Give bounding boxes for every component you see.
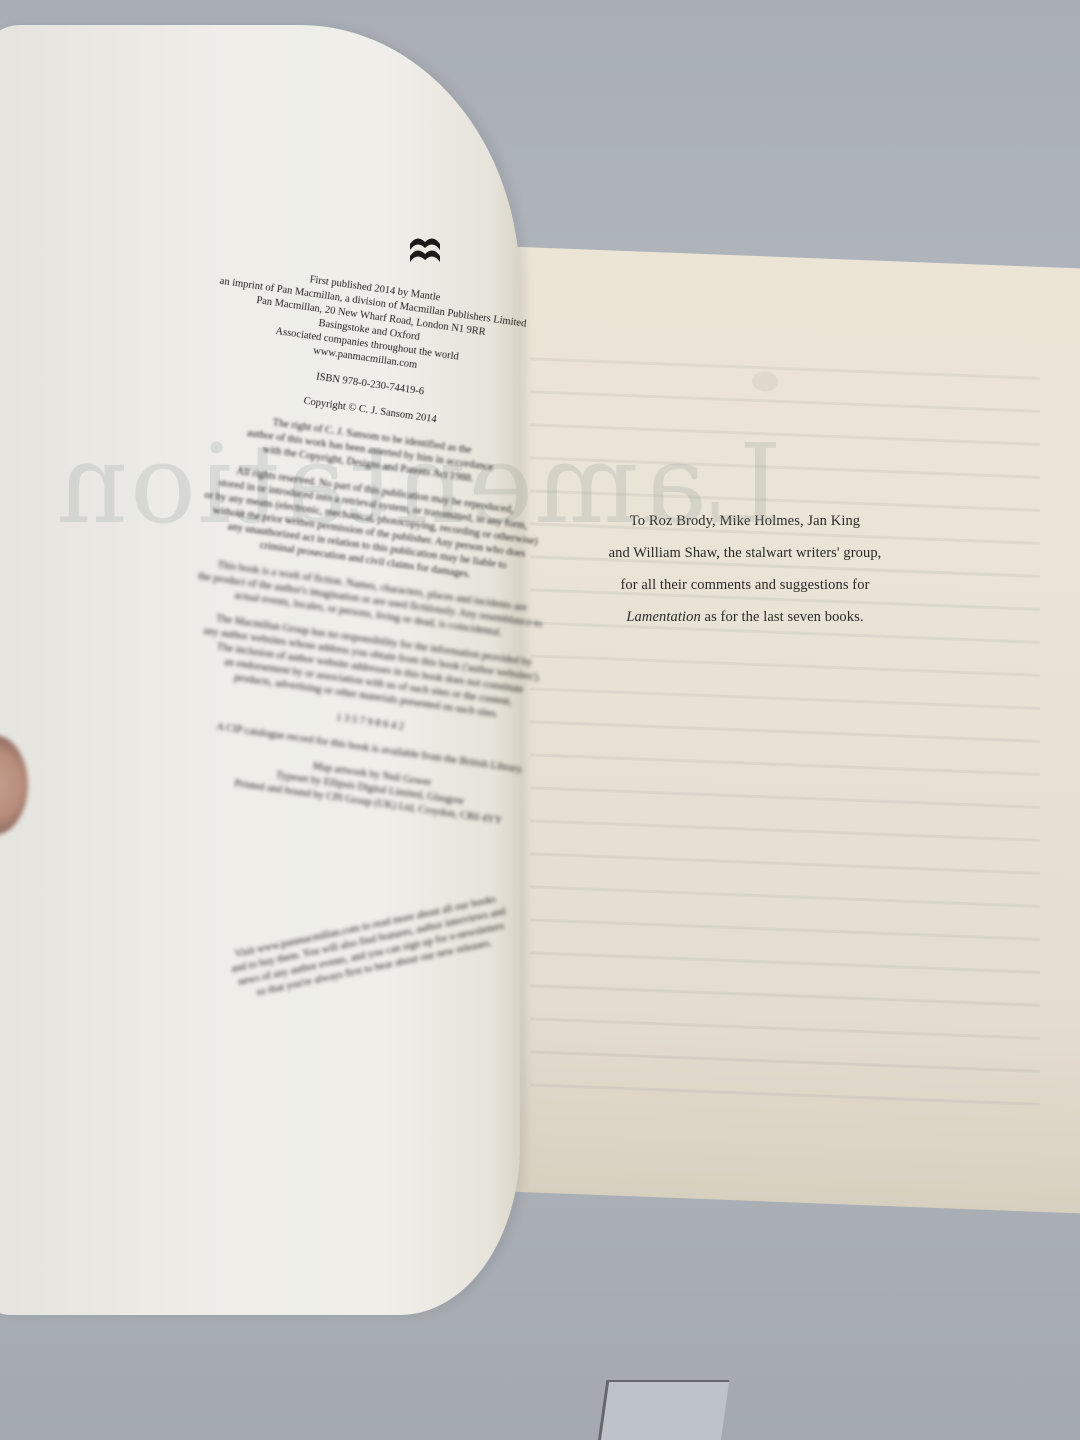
macmillan-wave-logo-icon <box>408 230 442 270</box>
copyright-page: First published 2014 by Mantle an imprin… <box>190 230 550 988</box>
dedication-line-4-rest: as for the last seven books. <box>701 609 864 625</box>
credits: Map artwork by Neil Gower Typeset by Ell… <box>189 743 551 835</box>
dedication-line-4: Lamentation as for the last seven books. <box>560 601 930 633</box>
book-title: Lamentation <box>626 609 700 625</box>
dedication-line-3: for all their comments and suggestions f… <box>560 569 930 601</box>
photo-scene: To Roz Brody, Mike Holmes, Jan King and … <box>0 0 1080 1440</box>
right-page <box>470 245 1080 1215</box>
packing-tape <box>598 1380 730 1440</box>
